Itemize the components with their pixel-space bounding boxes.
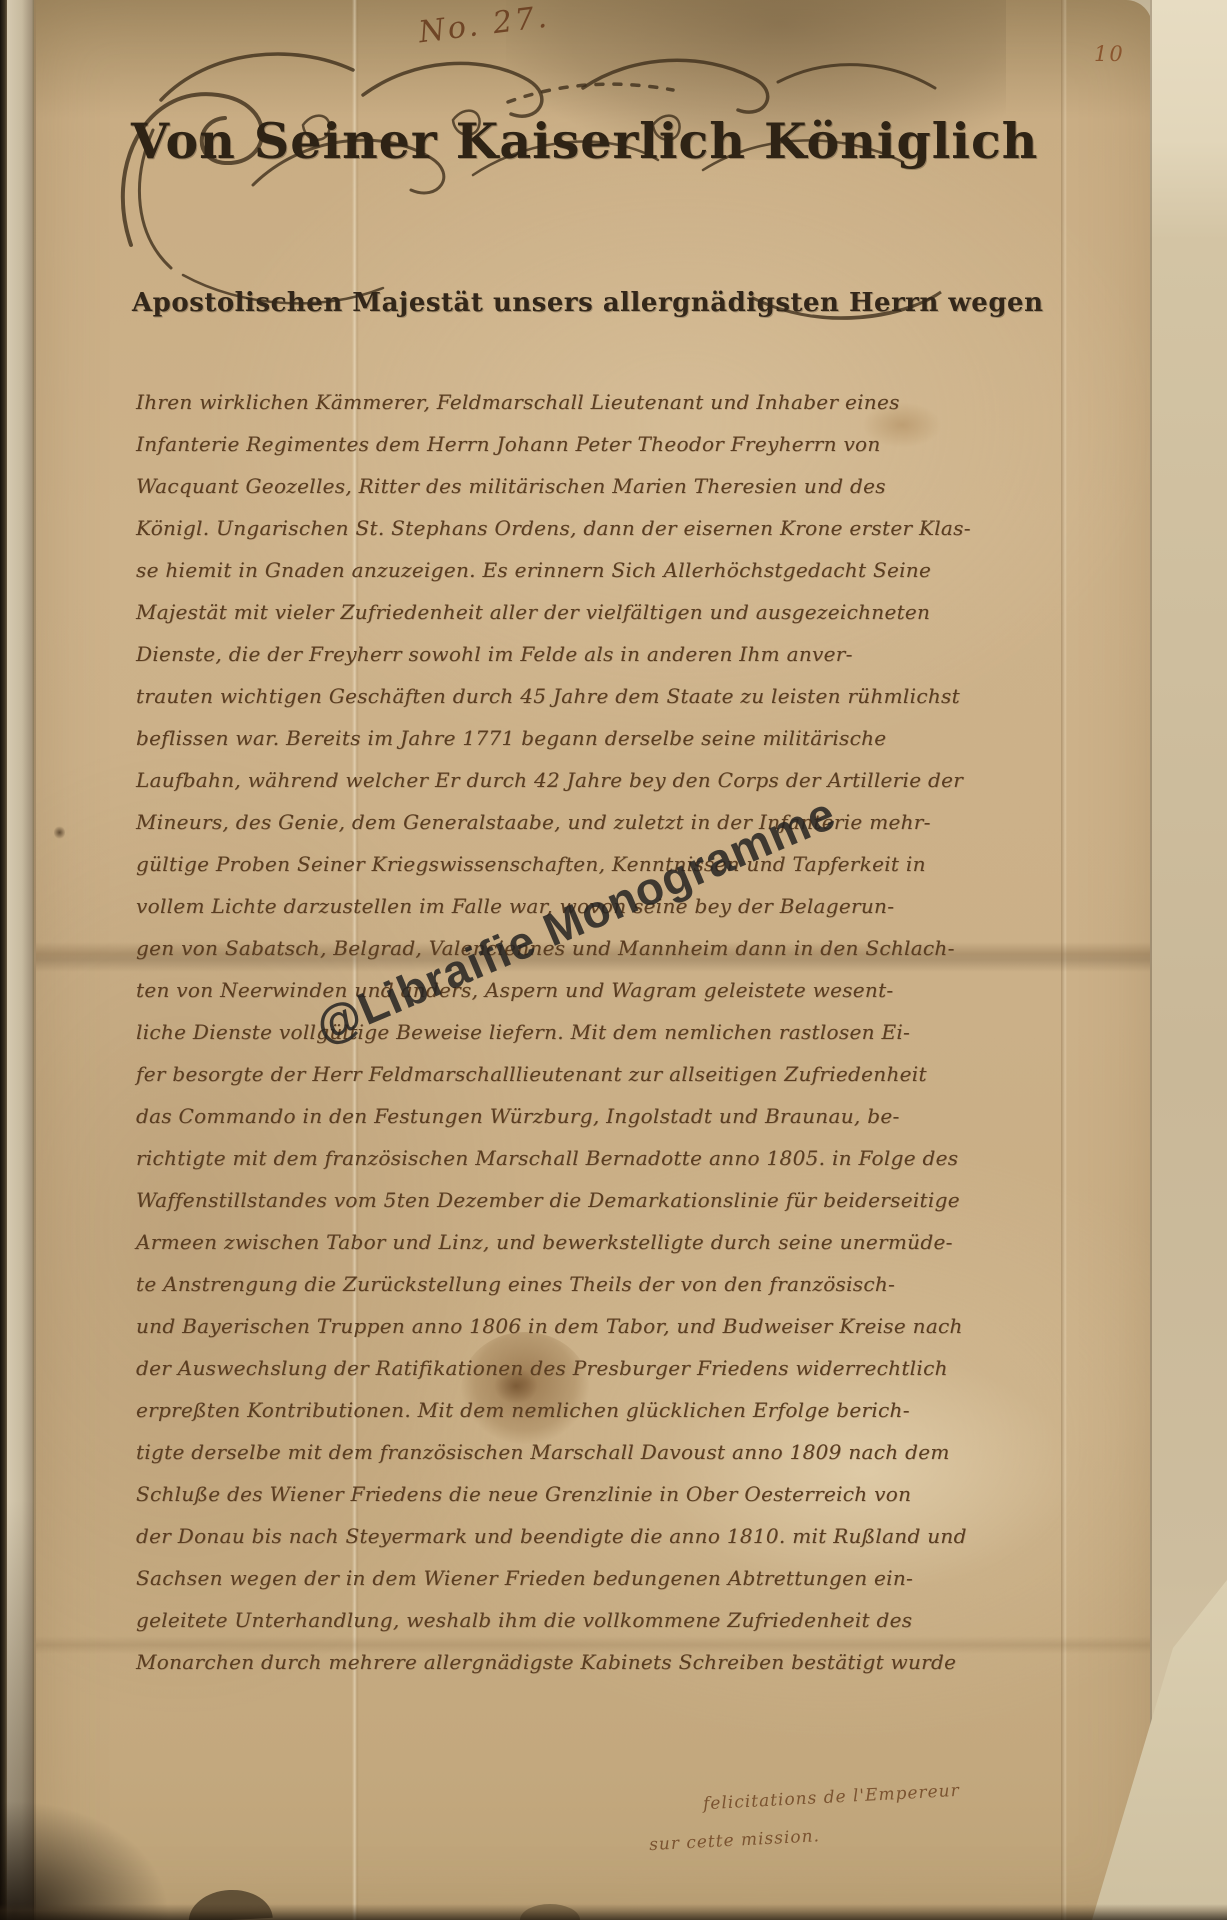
manuscript-line: der Donau bis nach Steyermark und beendi… — [136, 1515, 976, 1557]
manuscript-line: Majestät mit vieler Zufriedenheit aller … — [136, 591, 976, 633]
folio-number: 10 — [1094, 42, 1125, 66]
corner-shadow — [0, 1800, 170, 1920]
manuscript-line: ten von Neerwinden und anders, Aspern un… — [136, 969, 976, 1011]
manuscript-line: Armeen zwischen Tabor und Linz, und bewe… — [136, 1221, 976, 1263]
manuscript-line: Waffenstillstandes vom 5ten Dezember die… — [136, 1179, 976, 1221]
french-annotation: felicitations de l'Empereur sur cette mi… — [646, 1772, 962, 1864]
manuscript-line: Wacquant Geozelles, Ritter des militäris… — [136, 465, 976, 507]
header-line-2: Apostolischen Majestät unsers allergnädi… — [132, 288, 1043, 318]
header-line-1: Von Seiner Kaiserlich Königlich — [131, 112, 1038, 170]
manuscript-page: No. 27. 10 Von Seiner Kaiserlic — [34, 0, 1152, 1920]
manuscript-line: der Auswechslung der Ratifikationen des … — [136, 1347, 976, 1389]
manuscript-line: das Commando in den Festungen Würzburg, … — [136, 1095, 976, 1137]
manuscript-line: te Anstrengung die Zurückstellung eines … — [136, 1263, 976, 1305]
manuscript-line: trauten wichtigen Geschäften durch 45 Ja… — [136, 675, 976, 717]
manuscript-line: Dienste, die der Freyherr sowohl im Feld… — [136, 633, 976, 675]
manuscript-line: geleitete Unterhandlung, weshalb ihm die… — [136, 1599, 976, 1641]
manuscript-body: Ihren wirklichen Kämmerer, Feldmarschall… — [136, 381, 976, 1683]
manuscript-line: Mineurs, des Genie, dem Generalstaabe, u… — [136, 801, 976, 843]
ink-spot — [54, 826, 65, 839]
manuscript-line: Laufbahn, während welcher Er durch 42 Ja… — [136, 759, 976, 801]
manuscript-line: fer besorgte der Herr Feldmarschalllieut… — [136, 1053, 976, 1095]
manuscript-line: erpreßten Kontributionen. Mit dem nemlic… — [136, 1389, 976, 1431]
manuscript-line: und Bayerischen Truppen anno 1806 in dem… — [136, 1305, 976, 1347]
manuscript-line: Sachsen wegen der in dem Wiener Frieden … — [136, 1557, 976, 1599]
manuscript-line: gültige Proben Seiner Kriegswissenschaft… — [136, 843, 976, 885]
manuscript-line: Schluße des Wiener Friedens die neue Gre… — [136, 1473, 976, 1515]
manuscript-line: liche Dienste vollgültige Beweise liefer… — [136, 1011, 976, 1053]
bottom-edge-shadow — [0, 1904, 1227, 1920]
manuscript-line: beflissen war. Bereits im Jahre 1771 beg… — [136, 717, 976, 759]
manuscript-line: tigte derselbe mit dem französischen Mar… — [136, 1431, 976, 1473]
manuscript-line: richtigte mit dem französischen Marschal… — [136, 1137, 976, 1179]
manuscript-line: Infanterie Regimentes dem Herrn Johann P… — [136, 423, 976, 465]
manuscript-line: Ihren wirklichen Kämmerer, Feldmarschall… — [136, 381, 976, 423]
manuscript-line: Monarchen durch mehrere allergnädigste K… — [136, 1641, 976, 1683]
manuscript-line: Königl. Ungarischen St. Stephans Ordens,… — [136, 507, 976, 549]
flourish-strokes — [123, 54, 941, 318]
manuscript-photo: No. 27. 10 Von Seiner Kaiserlic — [0, 0, 1227, 1920]
binding-edge — [0, 0, 7, 1920]
manuscript-line: se hiemit in Gnaden anzuzeigen. Es erinn… — [136, 549, 976, 591]
